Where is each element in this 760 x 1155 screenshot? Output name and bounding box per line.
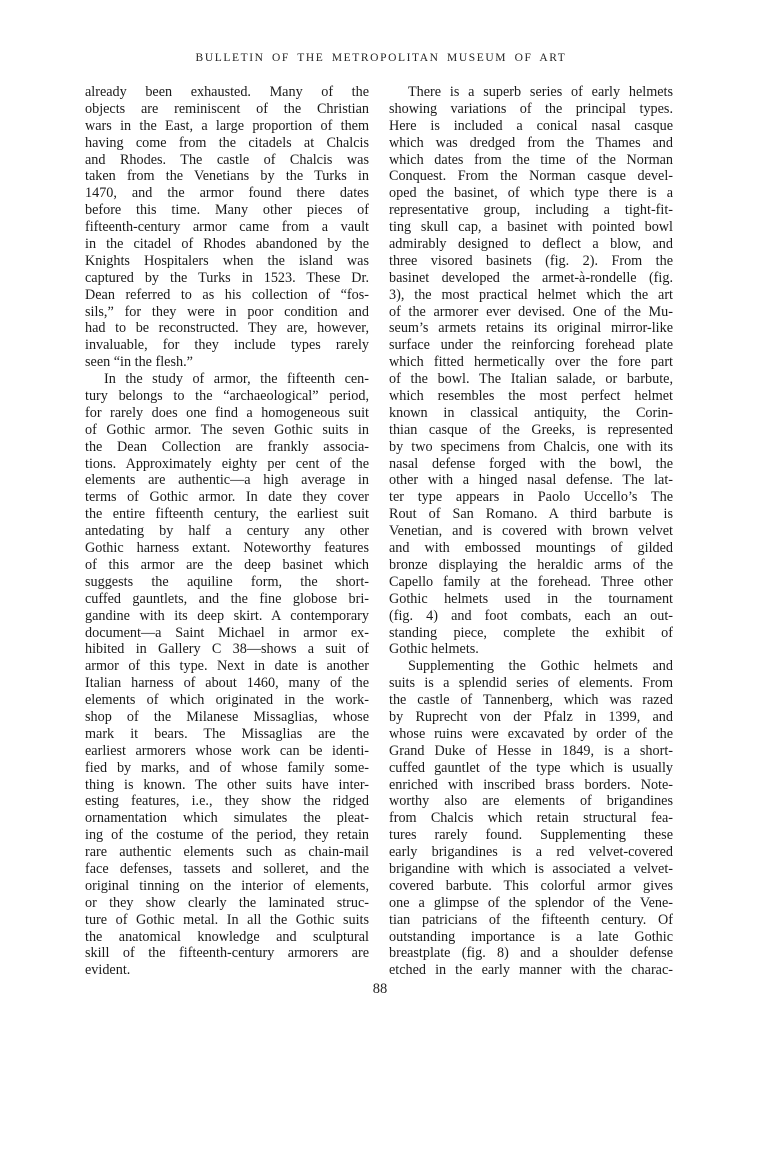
text-line: which was dredged from the Thames and	[389, 135, 673, 152]
text-line: worthy also are elements of brigandines	[389, 793, 673, 810]
text-line: Gothic harness extant. Noteworthy featur…	[85, 540, 369, 557]
text-line: enriched with inscribed brass borders. N…	[389, 777, 673, 794]
text-line: ter type appears in Paolo Uccello’s The	[389, 489, 673, 506]
text-line: Here is included a conical nasal casque	[389, 118, 673, 135]
text-line: gandine with its deep skirt. A contempor…	[85, 608, 369, 625]
paragraph-first-line: There is a superb series of early helmet…	[389, 84, 673, 101]
text-line: other with a hinged nasal defense. The l…	[389, 472, 673, 489]
running-head-title: BULLETIN OF THE METROPOLITAN MUSEUM OF A…	[0, 50, 760, 66]
text-line: wars in the East, a large proportion of …	[85, 118, 369, 135]
text-line: cuffed gauntlets, and the fine globose b…	[85, 591, 369, 608]
text-line: terms of Gothic armor. In date they cove…	[85, 489, 369, 506]
text-line: ting skull cap, a basinet with pointed b…	[389, 219, 673, 236]
text-line: elements of which originated in the work…	[85, 692, 369, 709]
text-line: sils,” for they were in poor condition a…	[85, 304, 369, 321]
text-line: tions. Approximately eighty per cent of …	[85, 456, 369, 473]
text-line: document—a Saint Michael in armor ex-	[85, 625, 369, 642]
text-line: surface under the reinforcing forehead p…	[389, 337, 673, 354]
text-line: breastplate (fig. 8) and a shoulder defe…	[389, 945, 673, 962]
text-line: early brigandines is a red velvet-covere…	[389, 844, 673, 861]
text-line: by Ruprecht von der Pfalz in 1399, and	[389, 709, 673, 726]
text-line: tures rarely found. Supplementing these	[389, 827, 673, 844]
text-line: armor of this type. Next in date is anot…	[85, 658, 369, 675]
text-line: Rout of San Romano. A third barbute is	[389, 506, 673, 523]
text-line: 1470, and the armor found there dates	[85, 185, 369, 202]
text-line: 3), the most practical helmet which the …	[389, 287, 673, 304]
text-line: Capello family at the forehead. Three ot…	[389, 574, 673, 591]
text-line: ing of the costume of the period, they r…	[85, 827, 369, 844]
text-line: standing piece, complete the exhibit of	[389, 625, 673, 642]
text-line: which fitted hermetically over the fore …	[389, 354, 673, 371]
text-line: Conquest. From the Norman casque devel-	[389, 168, 673, 185]
text-line: covered barbute. This colorful armor giv…	[389, 878, 673, 895]
text-line: cuffed gauntlet of the type which is usu…	[389, 760, 673, 777]
text-line: fifteenth-century armor came from a vaul…	[85, 219, 369, 236]
text-line: (fig. 4) and foot combats, each an out-	[389, 608, 673, 625]
text-line: antedating by half a century any other	[85, 523, 369, 540]
text-line: or they show clearly the laminated struc…	[85, 895, 369, 912]
text-line: esting features, i.e., they show the rid…	[85, 793, 369, 810]
text-line: tury belongs to the “archaeological” per…	[85, 388, 369, 405]
text-line: tian patricians of the fifteenth century…	[389, 912, 673, 929]
text-line: Venetian, and is covered with brown velv…	[389, 523, 673, 540]
left-column: already been exhausted. Many of theobjec…	[85, 84, 369, 979]
page-number: 88	[0, 980, 760, 998]
text-line: invaluable, for they include types rarel…	[85, 337, 369, 354]
text-line: from Chalcis which retain structural fea…	[389, 810, 673, 827]
text-line: objects are reminiscent of the Christian	[85, 101, 369, 118]
text-line: evident.	[85, 962, 369, 979]
text-line: showing variations of the principal type…	[389, 101, 673, 118]
text-line: for rarely does one find a homogeneous s…	[85, 405, 369, 422]
text-line: having come from the citadels at Chalcis	[85, 135, 369, 152]
text-line: nasal defense forged with the bowl, the	[389, 456, 673, 473]
text-line: Italian harness of about 1460, many of t…	[85, 675, 369, 692]
text-line: which dates from the time of the Norman	[389, 152, 673, 169]
text-line: the entire fifteenth century, the earlie…	[85, 506, 369, 523]
paragraph-first-line: Supplementing the Gothic helmets and	[389, 658, 673, 675]
text-line: bronze displaying the heraldic arms of t…	[389, 557, 673, 574]
text-line: Knights Hospitalers when the island was	[85, 253, 369, 270]
text-line: the anatomical knowledge and sculptural	[85, 929, 369, 946]
text-line: one a glimpse of the splendor of the Ven…	[389, 895, 673, 912]
text-line: earliest armorers whose work can be iden…	[85, 743, 369, 760]
text-line: thian casque of the Greeks, is represent…	[389, 422, 673, 439]
text-line: Grand Duke of Hesse in 1849, is a short-	[389, 743, 673, 760]
text-line: outstanding importance is a late Gothic	[389, 929, 673, 946]
text-line: mark it bears. The Missaglias are the	[85, 726, 369, 743]
text-line: shop of the Milanese Missaglias, whose	[85, 709, 369, 726]
text-line: Gothic helmets.	[389, 641, 673, 658]
text-line: before this time. Many other pieces of	[85, 202, 369, 219]
text-line: representative group, including a tight-…	[389, 202, 673, 219]
text-line: admirably designed to deflect a blow, an…	[389, 236, 673, 253]
text-line: three visored basinets (fig. 2). From th…	[389, 253, 673, 270]
text-line: etched in the early manner with the char…	[389, 962, 673, 979]
text-line: seen “in the flesh.”	[85, 354, 369, 371]
text-line: of the bowl. The Italian salade, or barb…	[389, 371, 673, 388]
text-line: whose ruins were excavated by order of t…	[389, 726, 673, 743]
text-line: face defenses, tassets and solleret, and…	[85, 861, 369, 878]
text-line: of this armor are the deep basinet which	[85, 557, 369, 574]
right-column: There is a superb series of early helmet…	[389, 84, 673, 979]
text-line: the castle of Tannenberg, which was raze…	[389, 692, 673, 709]
text-line: which resembles the most perfect helmet	[389, 388, 673, 405]
text-line: of the armorer ever devised. One of the …	[389, 304, 673, 321]
text-line: rare authentic elements such as chain-ma…	[85, 844, 369, 861]
text-line: fied by marks, and of whose family some-	[85, 760, 369, 777]
text-line: skill of the fifteenth-century armorers …	[85, 945, 369, 962]
paragraph-first-line: In the study of armor, the fifteenth cen…	[85, 371, 369, 388]
text-line: Dean referred to as his collection of “f…	[85, 287, 369, 304]
text-line: in the citadel of Rhodes abandoned by th…	[85, 236, 369, 253]
text-line: had to be reconstructed. They are, howev…	[85, 320, 369, 337]
text-line: original tinning on the interior of elem…	[85, 878, 369, 895]
text-line: of Gothic armor. The seven Gothic suits …	[85, 422, 369, 439]
text-line: ture of Gothic metal. In all the Gothic …	[85, 912, 369, 929]
text-line: seum’s armets retains its original mirro…	[389, 320, 673, 337]
text-line: and Rhodes. The castle of Chalcis was	[85, 152, 369, 169]
text-line: the Dean Collection are frankly associa-	[85, 439, 369, 456]
text-line: suits is a splendid series of elements. …	[389, 675, 673, 692]
text-line: taken from the Venetians by the Turks in	[85, 168, 369, 185]
text-line: suggests the aquiline form, the short-	[85, 574, 369, 591]
text-line: by two specimens from Chalcis, one with …	[389, 439, 673, 456]
text-line: ornamentation which simulates the pleat-	[85, 810, 369, 827]
text-line: thing is known. The other suits have int…	[85, 777, 369, 794]
text-line: basinet developed the armet-à-rondelle (…	[389, 270, 673, 287]
text-line: Gothic helmets used in the tournament	[389, 591, 673, 608]
text-line: elements are authentic—a high average in	[85, 472, 369, 489]
text-line: brigandine with which is associated a ve…	[389, 861, 673, 878]
text-line: known in classical antiquity, the Corin-	[389, 405, 673, 422]
text-line: and with embossed mountings of gilded	[389, 540, 673, 557]
text-line: oped the basinet, of which type there is…	[389, 185, 673, 202]
text-line: captured by the Turks in 1523. These Dr.	[85, 270, 369, 287]
text-line: hibited in Gallery C 38—shows a suit of	[85, 641, 369, 658]
text-line: already been exhausted. Many of the	[85, 84, 369, 101]
